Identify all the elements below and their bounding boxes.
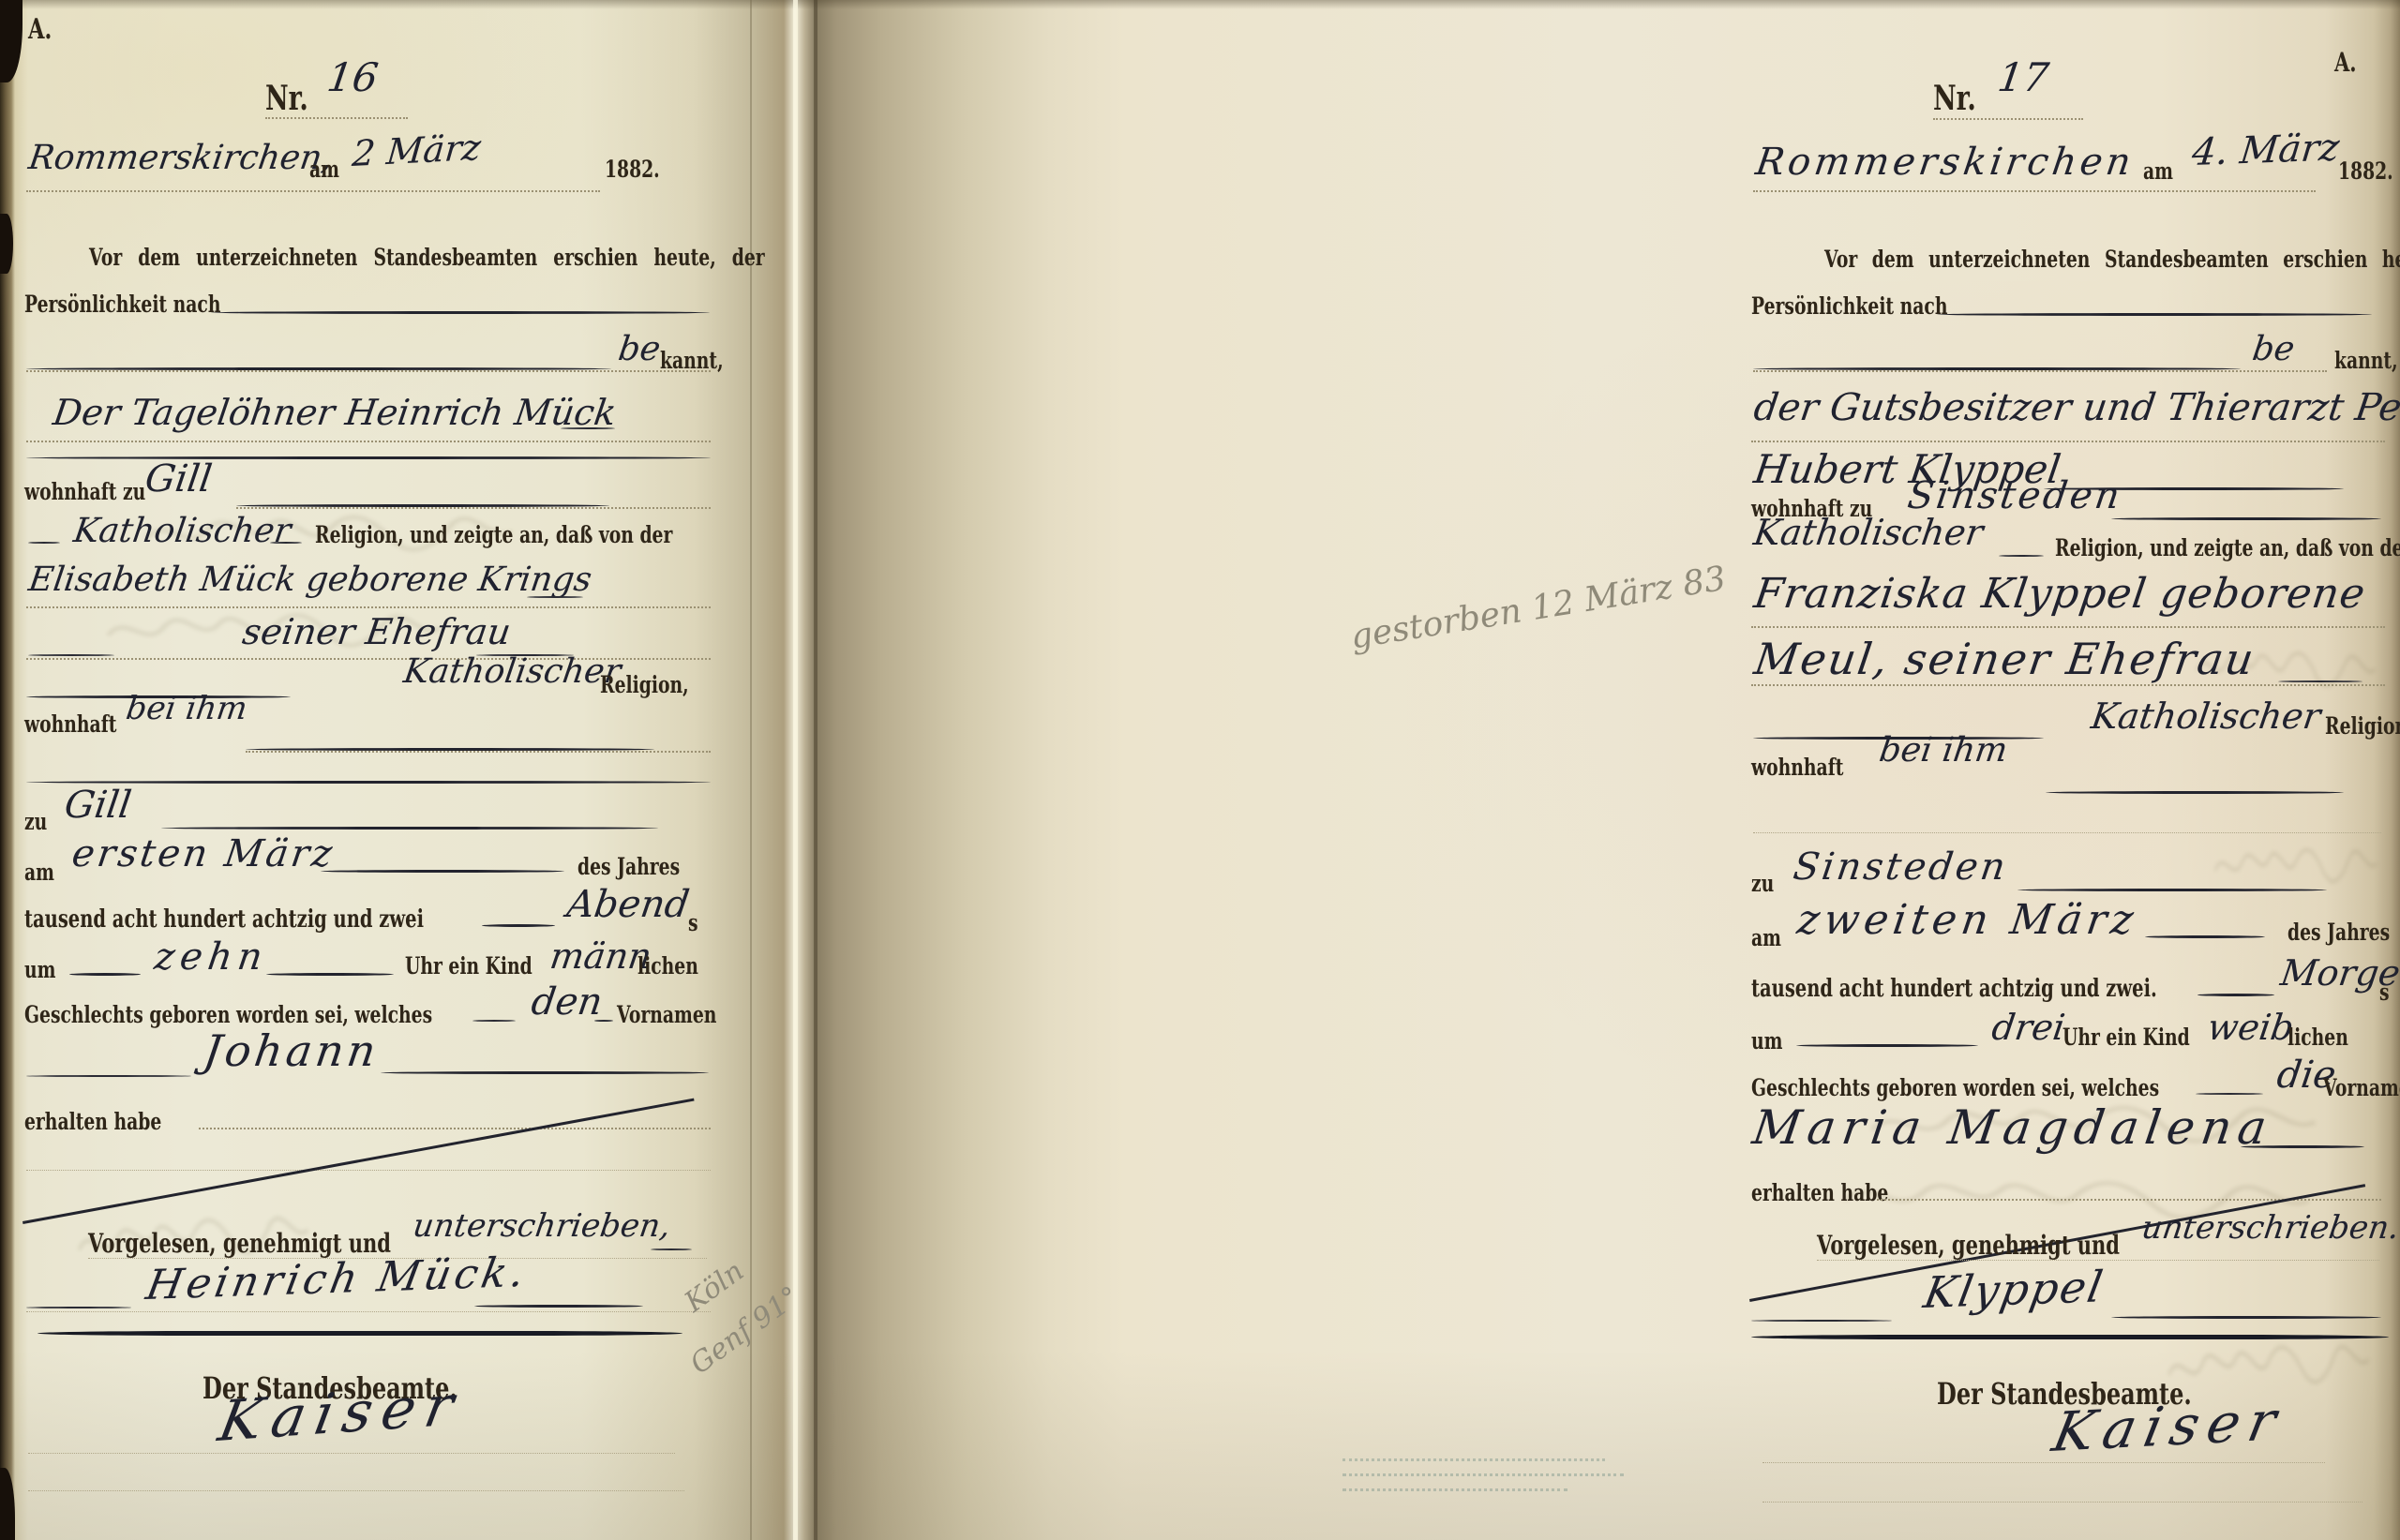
left-wohnhaft-value: bei ihm	[124, 690, 249, 727]
left-birthplace-value: Gill	[62, 784, 134, 827]
right-intro-label: Vor dem unterzeichneten Standesbeamten e…	[1824, 246, 2400, 273]
left-article-dash-a	[472, 1020, 516, 1022]
right-vornamen-label: Vornamen	[2323, 1074, 2400, 1101]
right-tausend-label: tausend acht hundert achtzig und zwei.	[1751, 975, 2157, 1003]
left-mother2-dash-a	[28, 654, 114, 656]
left-year-value: 1882.	[605, 156, 660, 183]
spine-torn-edge-mid	[0, 214, 13, 274]
left-residence-value: Gill	[142, 457, 215, 501]
left-nr-value: 16	[324, 54, 381, 100]
right-declarant-signature: Klyppel	[1920, 1261, 2108, 1318]
right-birthplace-value: Sinsteden	[1791, 845, 2011, 889]
left-unterschrieben-value: unterschrieben,	[411, 1207, 673, 1245]
right-residence-rule	[2111, 517, 2381, 520]
left-bottom-rule-a	[28, 1453, 675, 1454]
right-bottom-rule-a	[1762, 1462, 2325, 1463]
right-corner-letter: A.	[2334, 47, 2357, 78]
left-kannt-label: kannt,	[660, 347, 724, 374]
left-residence-rule-dotted	[236, 507, 711, 509]
right-signature-rule-a	[1751, 1320, 1892, 1322]
left-bottom-rule-b	[28, 1490, 684, 1491]
left-mother-dash	[527, 596, 583, 598]
right-nr-underline	[1933, 118, 2083, 120]
right-persona-rule	[1937, 313, 2372, 316]
right-um-label: um	[1751, 1027, 1782, 1054]
left-persona-label: Persönlichkeit nach	[24, 291, 220, 318]
right-article-dash	[2196, 1093, 2263, 1095]
right-bekannt-rule-dotted	[1753, 370, 2327, 372]
left-bekannt-rule-dotted	[26, 370, 711, 372]
right-nr-label: Nr.	[1933, 79, 1976, 118]
right-tausend-rule	[2197, 994, 2274, 996]
left-declarant-rule	[26, 441, 711, 442]
left-religion2-value: Katholischer	[401, 652, 623, 691]
right-birthplace-rule	[2017, 889, 2327, 891]
left-unterschrieben-dash	[651, 1248, 692, 1250]
right-um-rule	[1796, 1044, 1978, 1047]
left-signature-rule-dotted	[26, 1311, 711, 1312]
right-religion2-label: Religion,	[2325, 712, 2400, 740]
left-s-label: s	[688, 909, 698, 936]
left-intro-label: Vor dem unterzeichneten Standesbeamten e…	[89, 244, 765, 271]
left-mother2-value: seiner Ehefrau	[240, 611, 514, 652]
right-mother2-dash	[2278, 680, 2362, 682]
right-religion1-label: Religion, und zeigte an, daß von der	[2055, 534, 2400, 561]
left-daytime-value: Abend	[564, 883, 692, 926]
left-geschlecht-label: Geschlechts geboren worden sei, welches	[24, 1001, 432, 1028]
left-name-rule-a	[26, 1075, 191, 1077]
left-declarant-dash	[561, 427, 615, 429]
left-religion1-dash-a	[28, 542, 60, 544]
left-heavy-rule	[37, 1331, 682, 1336]
bleedthrough-ghost	[2212, 844, 2391, 885]
left-zu-label: zu	[24, 808, 47, 835]
right-mother2-rule	[1751, 684, 2385, 686]
left-um-rule-b	[266, 973, 394, 976]
left-am-label: am	[309, 156, 339, 183]
left-place-value: Rommerskirchen,	[26, 139, 336, 177]
right-mother-value: Franziska Klyppel geborene	[1751, 570, 2369, 618]
right-child-name: Maria Magdalena	[1749, 1100, 2276, 1155]
left-signature-rule-a	[26, 1307, 131, 1308]
right-erhalten-rule	[1877, 1199, 2381, 1201]
left-nr-label: Nr.	[265, 79, 308, 118]
right-declarant1-value: der Gutsbesitzer und Thierarzt Peter	[1751, 386, 2400, 429]
left-wohnhaft-label: wohnhaft	[24, 710, 116, 738]
right-jahres-label: des Jahres	[2287, 919, 2390, 946]
right-blank-rule	[1753, 832, 2381, 833]
right-place-underline	[1753, 190, 2316, 192]
left-birthdate-rule	[321, 870, 564, 873]
left-article-value: den	[529, 980, 606, 1024]
left-jahres-label: des Jahres	[577, 853, 680, 880]
left-hour-value: zehn	[152, 935, 271, 979]
left-tausend-rule	[482, 924, 555, 927]
right-registrar-signature: Kaiser	[2047, 1388, 2289, 1464]
right-zu-label: zu	[1751, 870, 1774, 897]
right-religion1-value: Katholischer	[1751, 512, 1986, 553]
left-birthplace-rule	[161, 827, 658, 830]
left-be-value: be	[616, 330, 663, 368]
right-religion2-value: Katholischer	[2089, 695, 2323, 737]
bleedthrough-stamp	[1342, 1458, 1624, 1511]
right-heavy-rule	[1751, 1335, 2389, 1339]
right-erhalten-label: erhalten habe	[1751, 1179, 1888, 1206]
right-wohnhaft-value: bei ihm	[1877, 731, 2010, 770]
left-tausend-label: tausend acht hundert achtzig und zwei	[24, 905, 424, 934]
left-date-value: 2 März	[351, 127, 483, 174]
right-bottom-rule-b	[1762, 1502, 2362, 1503]
right-hour-value: drei	[1989, 1007, 2067, 1048]
right-birthdate-value: zweiten März	[1794, 896, 2141, 944]
left-erhalten-rule	[199, 1128, 711, 1129]
right-mother-rule	[1751, 626, 2385, 628]
right-nr-value: 17	[1995, 54, 2051, 100]
right-place-value: Rommerskirchen	[1753, 141, 2137, 184]
right-unterschrieben-value: unterschrieben.	[2139, 1209, 2400, 1247]
right-am-label: am	[2143, 157, 2173, 185]
left-religion1-value: Katholischer	[71, 512, 293, 550]
left-uhr-label: Uhr ein Kind	[405, 952, 532, 979]
right-uhr-label: Uhr ein Kind	[2062, 1024, 2190, 1051]
left-signature-rule-b	[474, 1305, 643, 1308]
right-kannt-label: kannt,	[2334, 347, 2398, 374]
left-blank-rule-3	[26, 1170, 711, 1171]
left-wohnhaft-zu-label: wohnhaft zu	[24, 478, 145, 505]
left-erhalten-label: erhalten habe	[24, 1108, 161, 1135]
left-lichen-label: lichen	[637, 952, 698, 979]
left-blank-rule-1	[26, 456, 711, 459]
right-signature-rule-b	[2111, 1316, 2381, 1319]
left-declarant-value: Der Tagelöhner Heinrich Mück	[51, 392, 619, 433]
right-religion1-dash	[1999, 555, 2044, 557]
right-s-label: s	[2379, 979, 2390, 1006]
right-am2-label: am	[1751, 924, 1781, 951]
left-am2-label: am	[24, 859, 54, 886]
right-gender-value: weib	[2205, 1007, 2297, 1048]
left-nr-underline	[265, 117, 408, 119]
left-place-underline	[26, 190, 600, 192]
left-religion2-label: Religion,	[600, 671, 689, 698]
right-wohnhaft-rule	[2046, 791, 2344, 794]
left-religion1-dash-b	[270, 542, 302, 544]
right-vorgelesen-label: Vorgelesen, genehmigt und	[1817, 1230, 2120, 1261]
left-mother-rule	[26, 606, 711, 608]
left-birthdate-value: ersten März	[69, 832, 337, 875]
right-persona-label: Persönlichkeit nach	[1751, 292, 1947, 320]
left-vornamen-label: Vornamen	[617, 1001, 716, 1028]
right-name-rule	[2241, 1145, 2364, 1148]
right-wohnhaft-label: wohnhaft	[1751, 754, 1843, 781]
right-geschlecht-label: Geschlechts geboren worden sei, welches	[1751, 1074, 2159, 1101]
left-child-name: Johann	[201, 1025, 382, 1076]
right-date-value: 4. März	[2190, 127, 2341, 174]
bleedthrough-ghost	[2165, 1337, 2387, 1391]
left-um-rule-a	[69, 973, 141, 976]
right-be-value: be	[2250, 330, 2297, 368]
left-mother-value: Elisabeth Mück geborene Krings	[26, 561, 594, 599]
right-lichen-label: lichen	[2287, 1024, 2348, 1051]
left-name-rule-b	[381, 1071, 709, 1074]
left-corner-letter: A.	[28, 13, 52, 46]
right-year-value: 1882.	[2338, 157, 2393, 185]
right-declarant1-rule	[1751, 441, 2385, 442]
left-um-label: um	[24, 956, 55, 983]
left-article-dash-b	[594, 1020, 613, 1022]
left-wohnhaft-rule-dotted	[246, 751, 711, 753]
left-persona-rule	[211, 311, 710, 314]
left-religion1-label: Religion, und zeigte an, daß von der	[315, 521, 672, 548]
right-birthdate-rule	[2145, 935, 2265, 938]
right-mother2-value: Meul, seiner Ehefrau	[1751, 634, 2258, 684]
